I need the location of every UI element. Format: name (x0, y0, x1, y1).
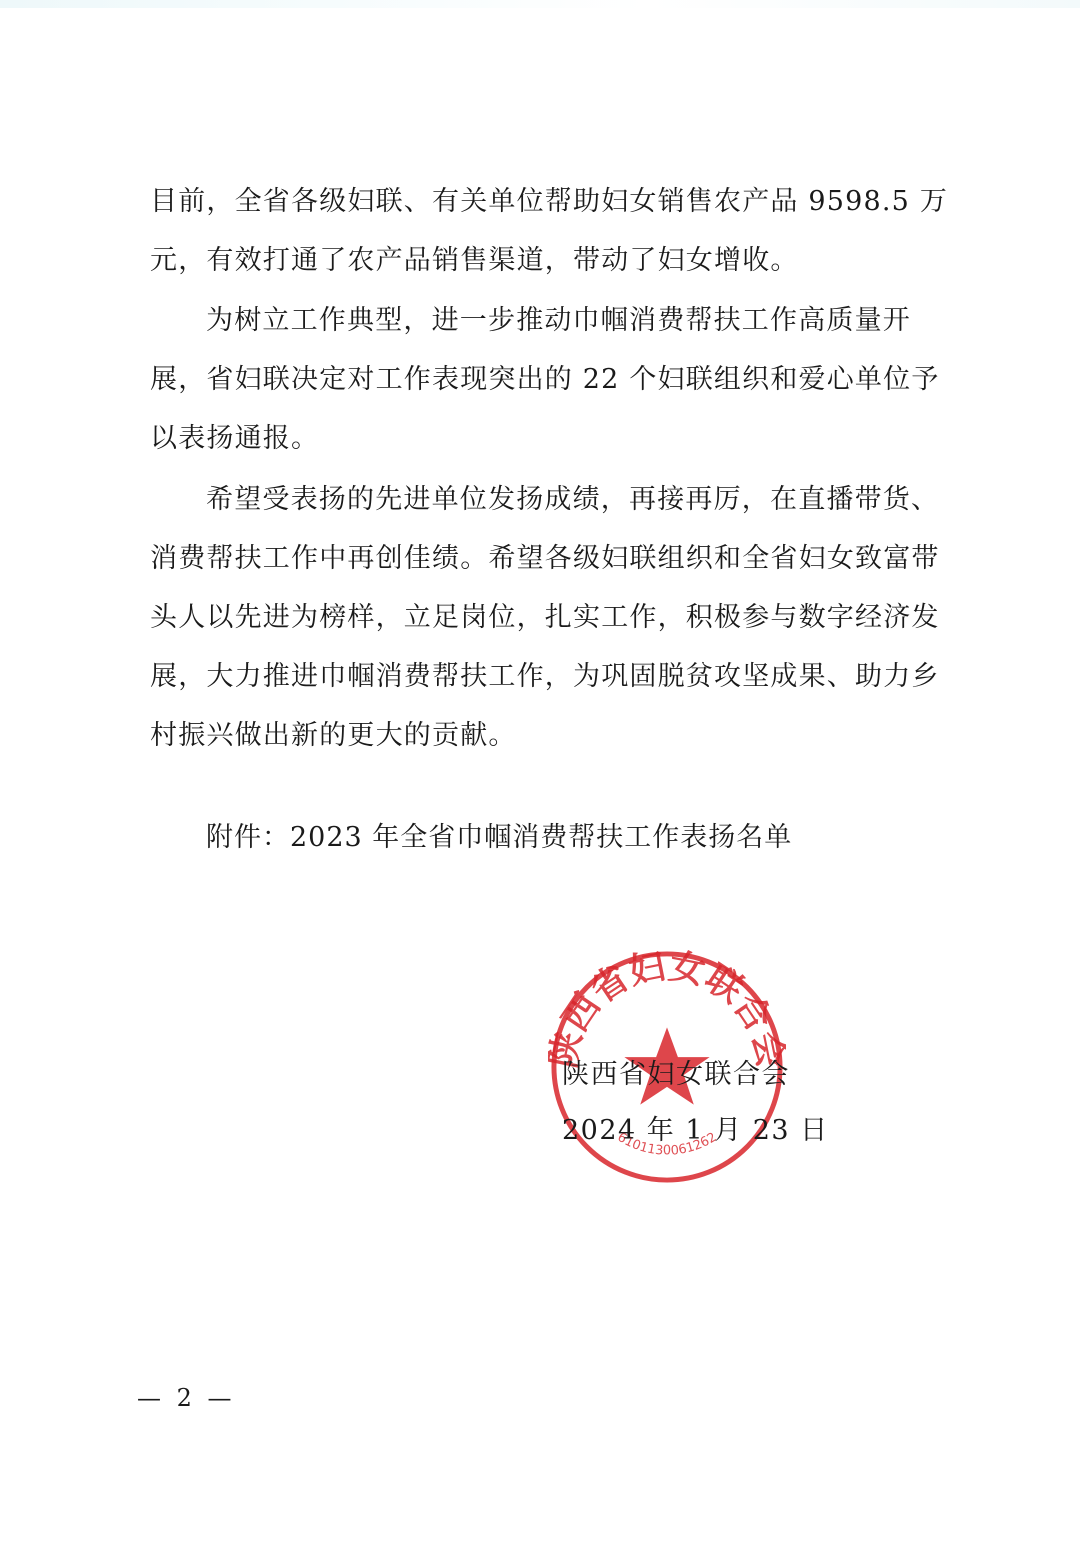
signing-date: 2024 年 1 月 23 日 (562, 1108, 829, 1147)
scan-edge (0, 0, 1080, 8)
attachment-line: 附件：2023 年全省巾帼消费帮扶工作表扬名单 (206, 815, 792, 854)
paragraph-expectations: 希望受表扬的先进单位发扬成绩，再接再厉，在直播带货、消费帮扶工作中再创佳绩。希望… (150, 470, 950, 765)
paragraph-commendation: 为树立工作典型，进一步推动巾帼消费帮扶工作高质量开展，省妇联决定对工作表现突出的… (150, 291, 950, 468)
paragraph-sales-result: 目前，全省各级妇联、有关单位帮助妇女销售农产品 9598.5 万元，有效打通了农… (150, 172, 950, 290)
signing-organization: 陕西省妇女联合会 (562, 1052, 790, 1091)
page-number: — 2 — (137, 1384, 236, 1412)
